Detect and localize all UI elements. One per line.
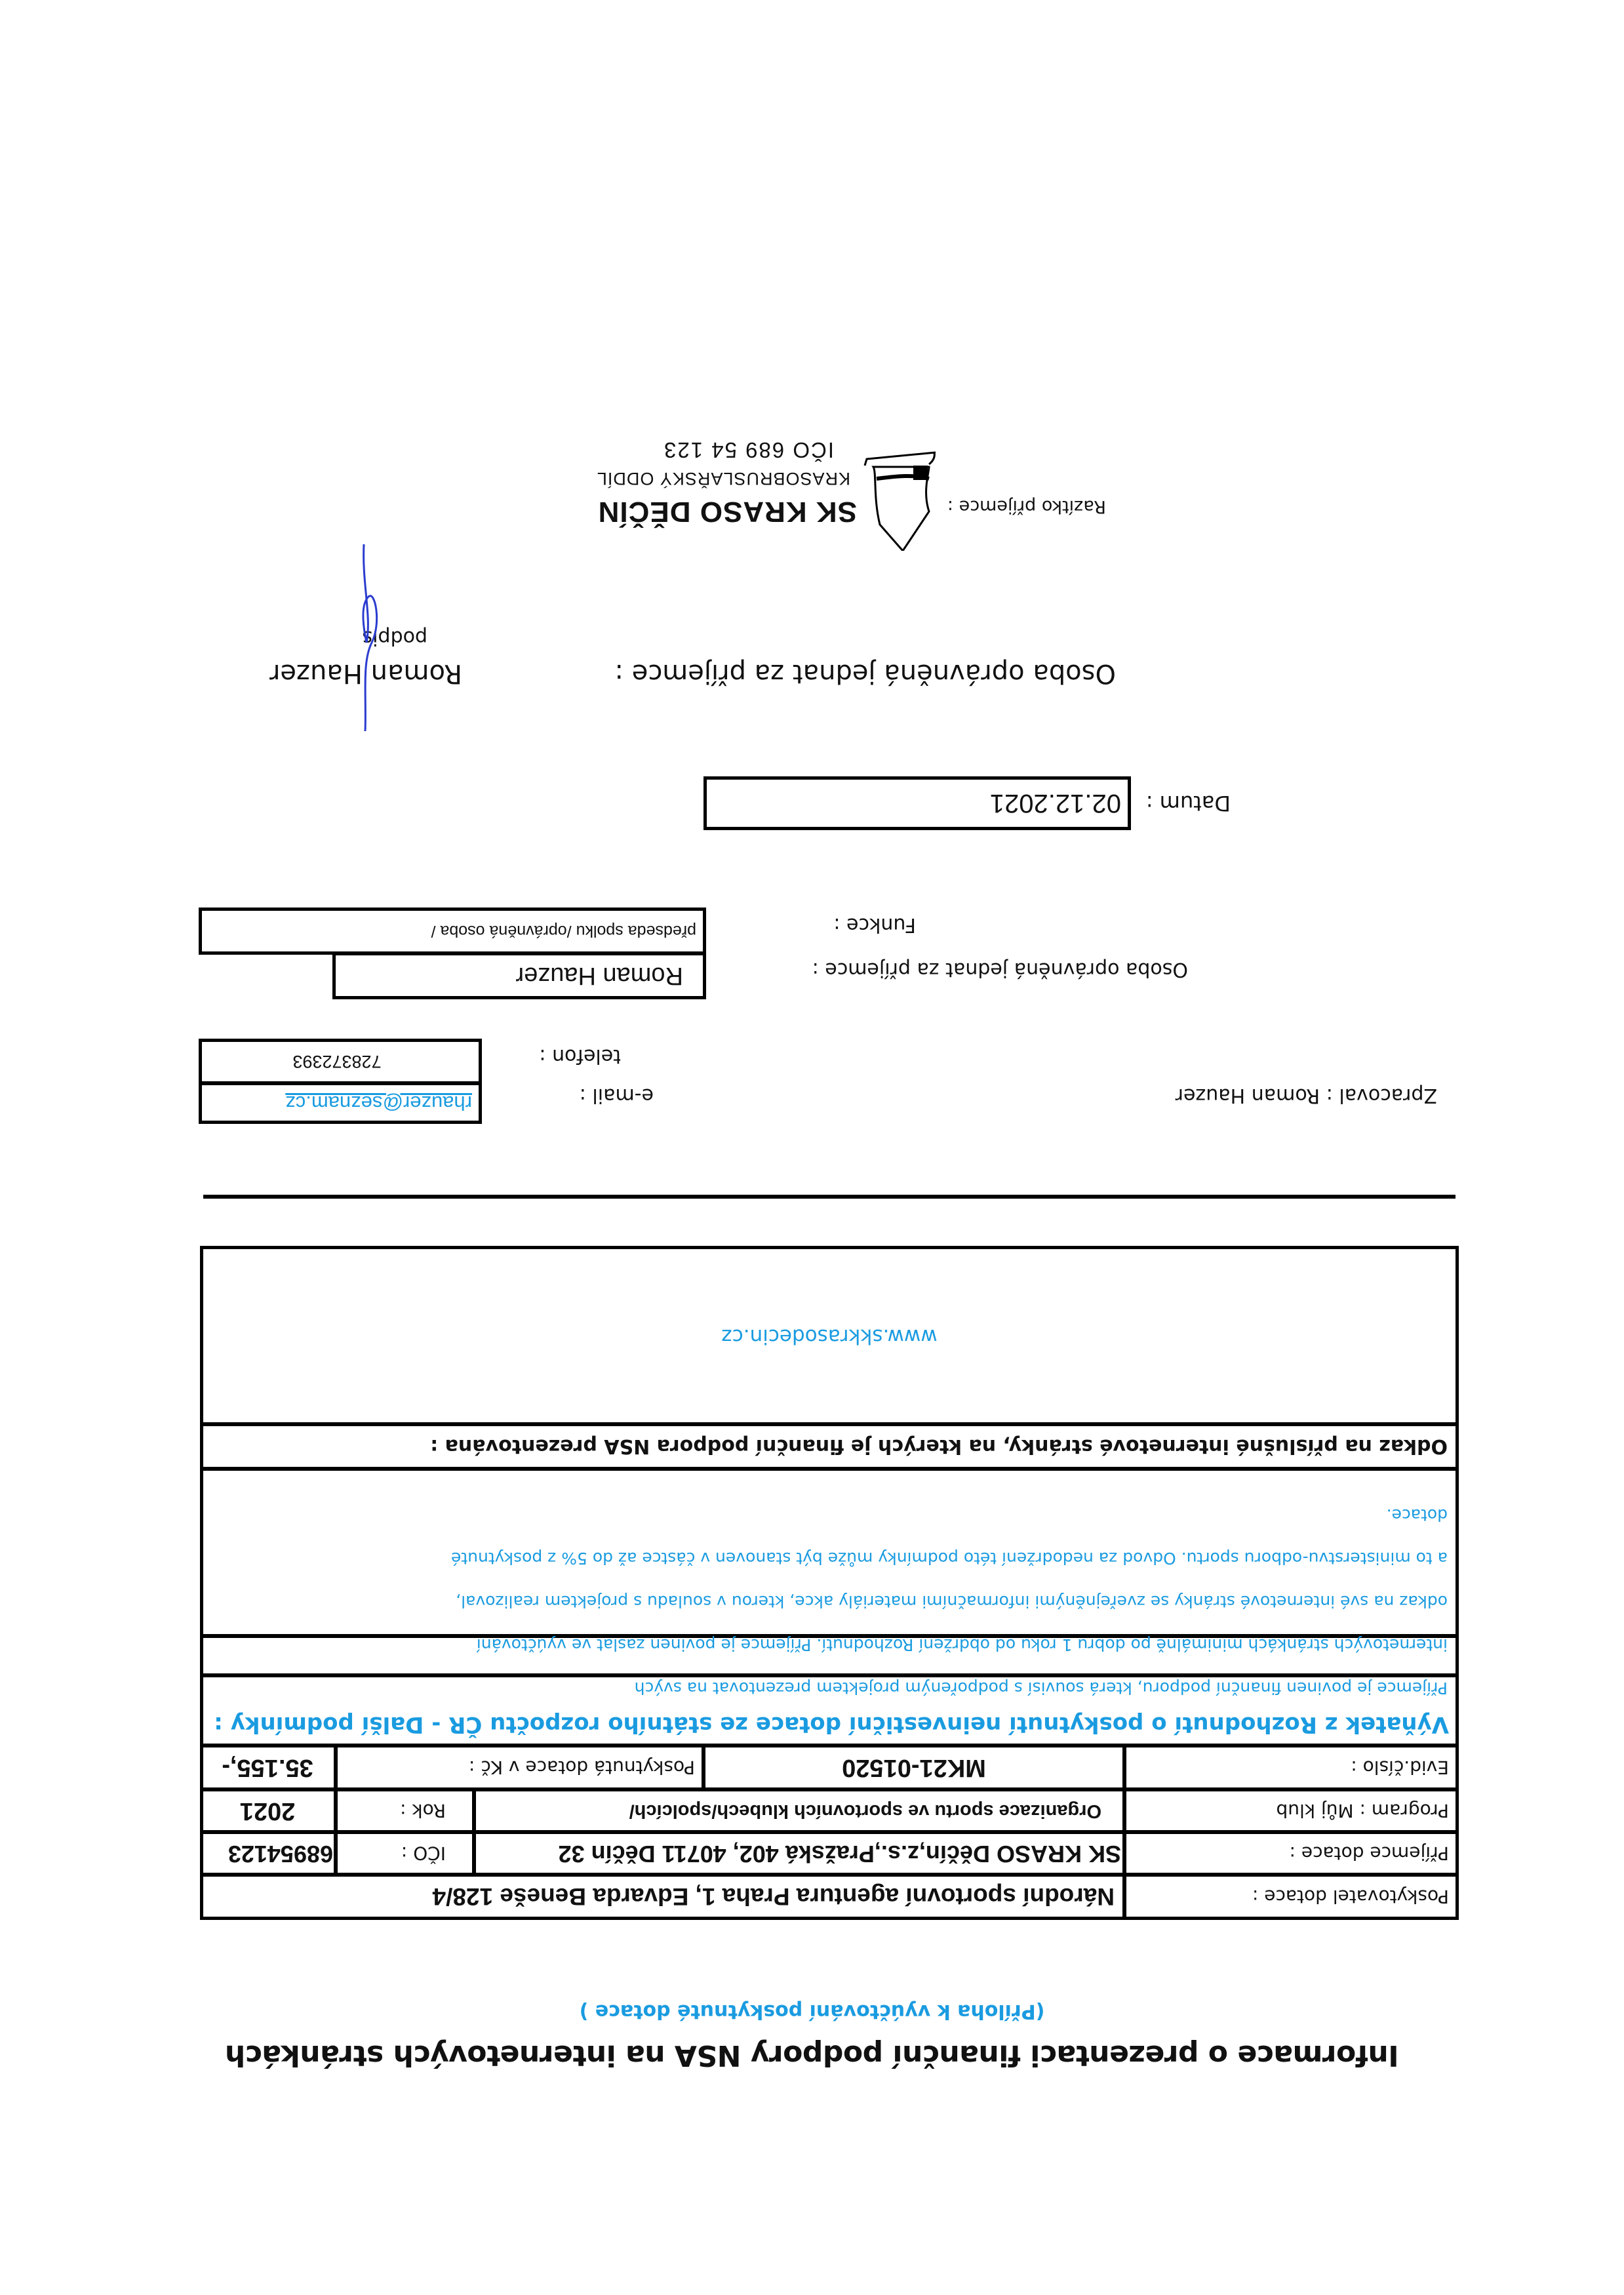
date-label: Datum : (1146, 791, 1231, 816)
phone-value: 728372393 (292, 1052, 381, 1072)
row-divider (203, 1467, 1456, 1471)
stamp-subtitle: KRASOBRUSLAŘSKÝ ODDÍL (597, 468, 850, 489)
year-value: 2021 (202, 1791, 333, 1831)
conditions-line: dotace. (1387, 1504, 1448, 1527)
authorized-person-field[interactable]: Roman Hauzer (332, 952, 706, 999)
email-label: e-mail : (580, 1084, 654, 1107)
provider-label: Poskytovatel dotace : (1121, 1877, 1456, 1917)
ico-label: IČO : (315, 1834, 472, 1873)
function-value: předseda spolku /oprávněná osoba / (431, 922, 696, 941)
evid-value: MK21-01520 (705, 1747, 1122, 1787)
conditions-title: Výňatek z Rozhodnutí o poskytnutí neinve… (214, 1708, 1449, 1741)
ice-skate-icon (863, 439, 942, 551)
row-divider (203, 1195, 1456, 1199)
authorized-person-label: Osoba oprávněná jednat za příjemce : (812, 958, 1188, 981)
prepared-by: Zpracoval : Roman Hauzer (1176, 1084, 1437, 1107)
website-label: Odkaz na příslušné internetové stránky, … (430, 1427, 1448, 1466)
stamp-org: SK KRASO DĚČÍN (598, 495, 857, 528)
document-page: Informace o prezentaci finanční podpory … (0, 0, 1624, 2295)
ico-value: 68954123 (202, 1834, 333, 1873)
page-title: Informace o prezentaci finanční podpory … (0, 2039, 1624, 2072)
recipient-value: SK KRASO Děčín,z.s.,Pražská 402, 40711 D… (479, 1834, 1121, 1873)
provider-value: Národní sportovní agentura Praha 1, Edva… (210, 1877, 1115, 1917)
conditions-line: odkaz na své internetové stránky se zveř… (456, 1590, 1448, 1614)
stamp-label: Razítko příjemce : (947, 496, 1106, 517)
conditions-line: internetových stránkách minimálně po dob… (477, 1633, 1448, 1657)
phone-field[interactable]: 728372393 (199, 1039, 482, 1085)
evid-label: Evid.číslo : (1121, 1747, 1456, 1787)
program-label: Program : Můj klub (1121, 1791, 1456, 1831)
amount-value: 35.155,- (202, 1747, 333, 1787)
stamp-ico: IČO 689 54 123 (663, 437, 834, 462)
function-field[interactable]: předseda spolku /oprávněná osoba / (199, 908, 706, 955)
row-divider (203, 1422, 1456, 1426)
date-value: 02.12.2021 (990, 789, 1121, 818)
recipient-label: Příjemce dotace : (1121, 1834, 1456, 1873)
signature-person-label: Osoba oprávněná jednat za příjemce : (615, 658, 1116, 688)
conditions-line: Příjemce je povinen finanční podporu, kt… (635, 1677, 1448, 1700)
email-value[interactable]: rhauzer@seznam.cz (285, 1091, 472, 1115)
phone-label: telefon : (539, 1045, 621, 1068)
website-link[interactable]: www.skkrasodecin.cz (203, 1320, 1456, 1353)
handwritten-signature-icon (339, 538, 391, 734)
email-field[interactable]: rhauzer@seznam.cz (199, 1082, 482, 1124)
amount-label: Poskytnutá dotace v Kč : (332, 1747, 702, 1787)
date-field[interactable]: 02.12.2021 (703, 776, 1131, 830)
grant-table: Poskytovatel dotace : Národní sportovní … (200, 1246, 1459, 1920)
authorized-person-value: Roman Hauzer (515, 962, 696, 990)
conditions-line: a to ministerstvu-odboru sportu. Odvod z… (451, 1547, 1448, 1570)
program-value: Organizace sportu ve sportovních klubech… (459, 1791, 1121, 1831)
function-label: Funkce : (833, 913, 916, 936)
page-subtitle: (Příloha k vyúčtování poskytnuté dotace … (0, 2000, 1624, 2023)
year-label: Rok : (315, 1791, 472, 1831)
